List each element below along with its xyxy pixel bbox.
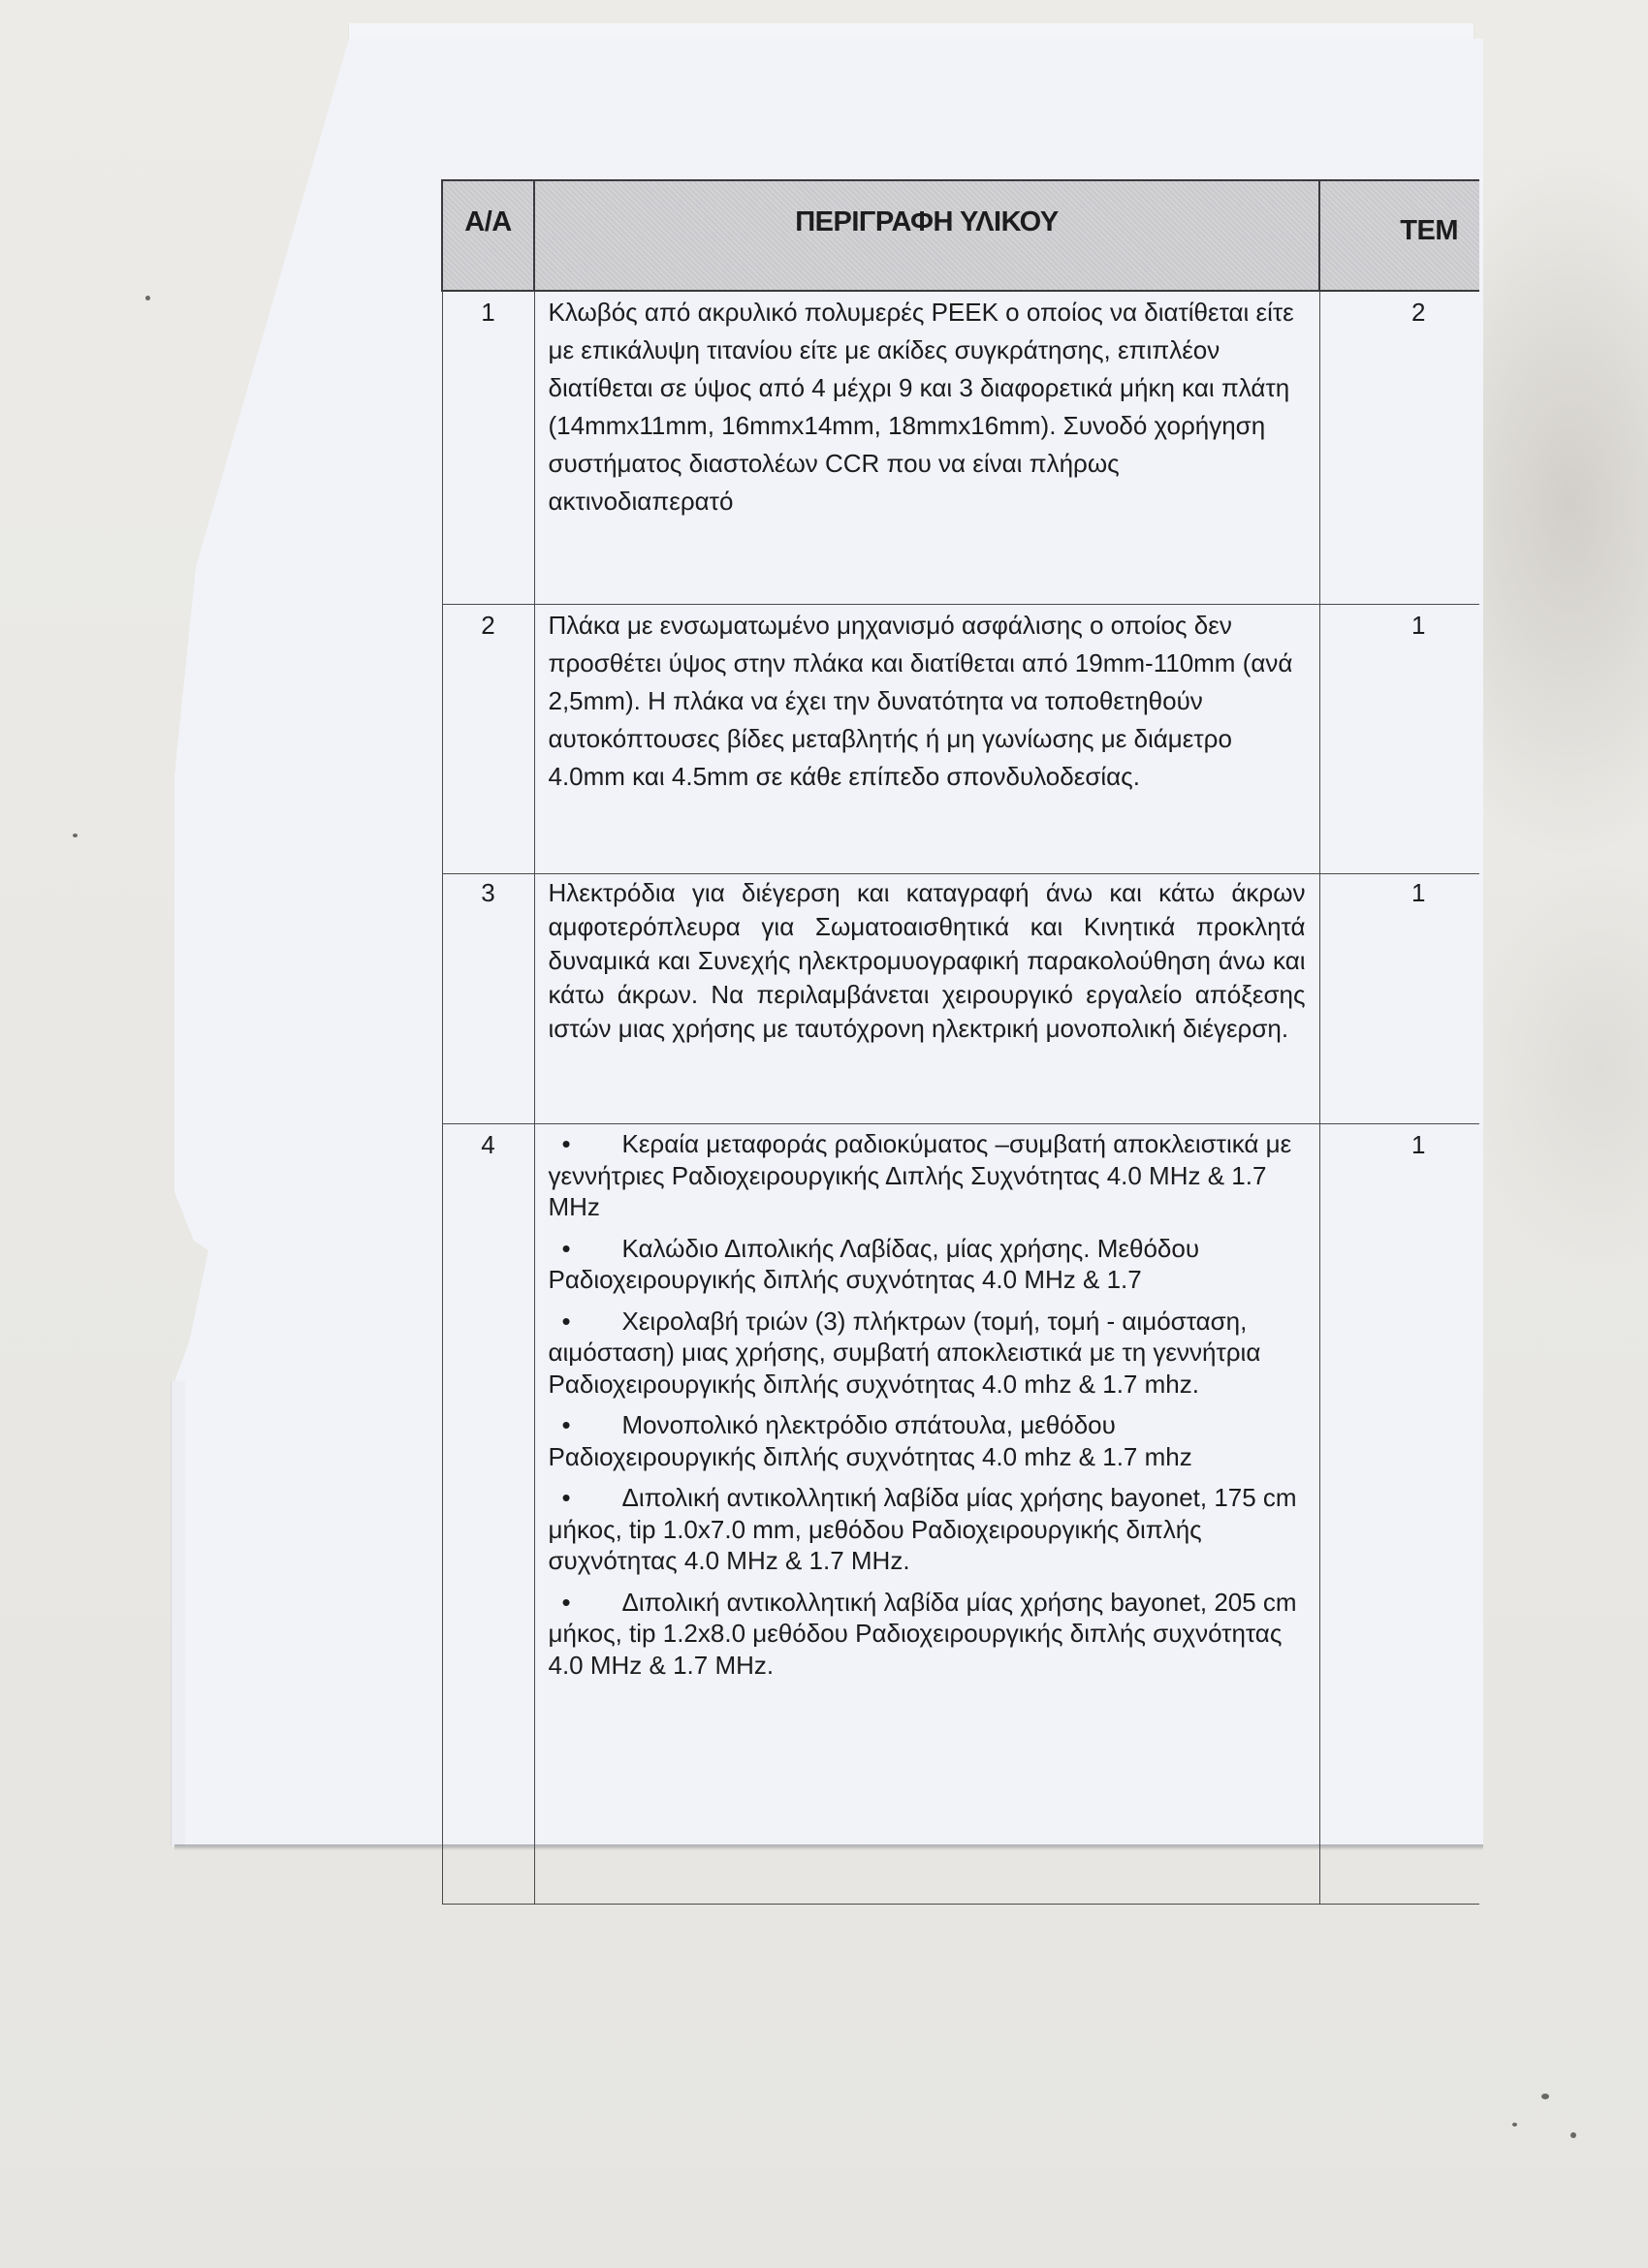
bullet-list-item: •Κεραία μεταφοράς ραδιοκύματος –συμβατή … bbox=[549, 1128, 1306, 1223]
bullet-list-item: •Διπολική αντικολλητική λαβίδα μίας χρήσ… bbox=[549, 1482, 1306, 1577]
scan-speck bbox=[145, 296, 150, 300]
row-description: Κλωβός από ακρυλικό πολυμερές PEEK ο οπο… bbox=[534, 291, 1319, 605]
bullet-text: Διπολική αντικολλητική λαβίδα μίας χρήση… bbox=[549, 1483, 1297, 1575]
table-row: 4 •Κεραία μεταφοράς ραδιοκύματος –συμβατ… bbox=[442, 1124, 1479, 1905]
row-description-bullet-list: •Κεραία μεταφοράς ραδιοκύματος –συμβατή … bbox=[534, 1124, 1319, 1905]
bullet-list-item: •Καλώδιο Διπολικής Λαβίδας, μίας χρήσης.… bbox=[549, 1233, 1306, 1296]
table-row: 2 Πλάκα με ενσωματωμένο μηχανισμό ασφάλι… bbox=[442, 605, 1479, 874]
table-header-row: Α/Α ΠΕΡΙΓΡΑΦΗ ΥΛΙΚΟΥ ΤΕΜ bbox=[442, 180, 1479, 291]
row-quantity: 1 bbox=[1319, 1124, 1479, 1905]
row-quantity: 1 bbox=[1319, 874, 1479, 1124]
row-description: Πλάκα με ενσωματωμένο μηχανισμό ασφάλιση… bbox=[534, 605, 1319, 874]
bullet-list-item: •Διπολική αντικολλητική λαβίδα μίας χρήσ… bbox=[549, 1587, 1306, 1682]
materials-specification-table: Α/Α ΠΕΡΙΓΡΑΦΗ ΥΛΙΚΟΥ ΤΕΜ 1 Κλωβός από ακ… bbox=[441, 179, 1479, 1905]
scan-speck bbox=[73, 834, 78, 837]
table-row: 1 Κλωβός από ακρυλικό πολυμερές PEEK ο ο… bbox=[442, 291, 1479, 605]
folded-page-flap bbox=[171, 1381, 185, 1846]
bullet-text: Χειρολαβή τριών (3) πλήκτρων (τομή, τομή… bbox=[549, 1307, 1261, 1399]
row-index: 3 bbox=[442, 874, 534, 1124]
row-index: 2 bbox=[442, 605, 534, 874]
bullet-text: Μονοπολικό ηλεκτρόδιο σπάτουλα, μεθόδου … bbox=[549, 1410, 1192, 1471]
row-index: 1 bbox=[442, 291, 534, 605]
bullet-text: Καλώδιο Διπολικής Λαβίδας, μίας χρήσης. … bbox=[549, 1234, 1200, 1295]
bullet-icon: • bbox=[549, 1587, 622, 1619]
bullet-text: Κεραία μεταφοράς ραδιοκύματος –συμβατή α… bbox=[549, 1129, 1292, 1221]
scan-speck bbox=[1512, 2123, 1517, 2126]
column-header-quantity: ΤΕΜ bbox=[1319, 180, 1479, 291]
bullet-list-item: •Μονοπολικό ηλεκτρόδιο σπάτουλα, μεθόδου… bbox=[549, 1409, 1306, 1472]
table-row: 3 Ηλεκτρόδια για διέγερση και καταγραφή … bbox=[442, 874, 1479, 1124]
column-header-description: ΠΕΡΙΓΡΑΦΗ ΥΛΙΚΟΥ bbox=[534, 180, 1319, 291]
row-quantity: 1 bbox=[1319, 605, 1479, 874]
row-description: Ηλεκτρόδια για διέγερση και καταγραφή άν… bbox=[534, 874, 1319, 1124]
bullet-list-item: •Χειρολαβή τριών (3) πλήκτρων (τομή, τομ… bbox=[549, 1306, 1306, 1401]
bullet-icon: • bbox=[549, 1482, 622, 1514]
bullet-icon: • bbox=[549, 1128, 622, 1160]
bullet-text: Διπολική αντικολλητική λαβίδα μίας χρήση… bbox=[549, 1588, 1297, 1680]
row-index: 4 bbox=[442, 1124, 534, 1905]
bullet-icon: • bbox=[549, 1409, 622, 1441]
bullet-icon: • bbox=[549, 1306, 622, 1338]
bullet-icon: • bbox=[549, 1233, 622, 1265]
scan-speck bbox=[1570, 2132, 1576, 2138]
row-quantity: 2 bbox=[1319, 291, 1479, 605]
column-header-index: Α/Α bbox=[442, 180, 534, 291]
scan-speck bbox=[1541, 2094, 1549, 2099]
